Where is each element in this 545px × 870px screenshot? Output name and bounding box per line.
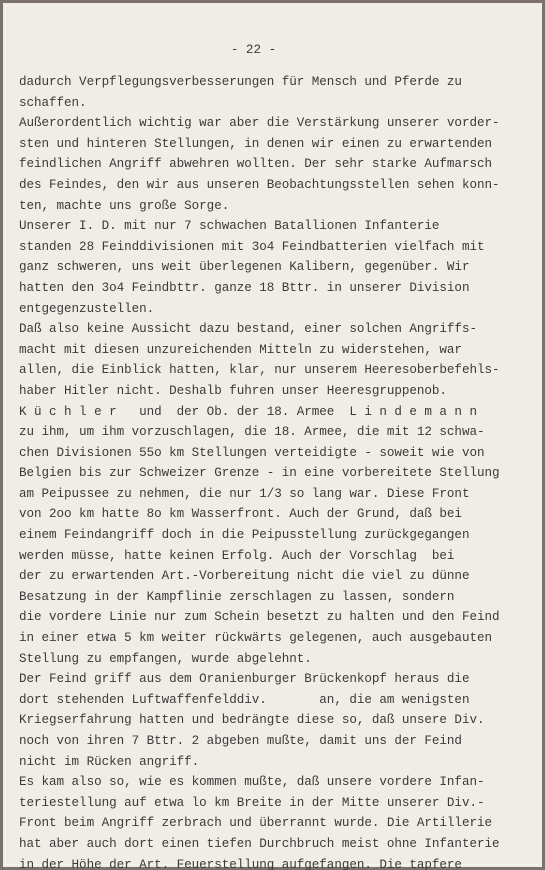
text-line: haber Hitler nicht. Deshalb fuhren unser… bbox=[19, 381, 539, 402]
text-line: feindlichen Angriff abwehren wollten. De… bbox=[19, 154, 539, 175]
text-line: des Feindes, den wir aus unseren Beobach… bbox=[19, 175, 539, 196]
text-line: dort stehenden Luftwaffenfelddiv. an, di… bbox=[19, 690, 539, 711]
text-line: sten und hinteren Stellungen, in denen w… bbox=[19, 134, 539, 155]
typewritten-body: dadurch Verpflegungsverbesserungen für M… bbox=[19, 72, 539, 870]
text-line: ganz schweren, uns weit überlegenen Kali… bbox=[19, 257, 539, 278]
text-line: Unserer I. D. mit nur 7 schwachen Batall… bbox=[19, 216, 539, 237]
text-line: Kriegserfahrung hatten und bedrängte die… bbox=[19, 710, 539, 731]
text-line: Der Feind griff aus dem Oranienburger Br… bbox=[19, 669, 539, 690]
text-line: allen, die Einblick hatten, klar, nur un… bbox=[19, 360, 539, 381]
text-line: werden müsse, hatte keinen Erfolg. Auch … bbox=[19, 546, 539, 567]
text-line: zu ihm, um ihm vorzuschlagen, die 18. Ar… bbox=[19, 422, 539, 443]
text-line: noch von ihren 7 Bttr. 2 abgeben mußte, … bbox=[19, 731, 539, 752]
text-line: entgegenzustellen. bbox=[19, 299, 539, 320]
text-line: schaffen. bbox=[19, 93, 539, 114]
text-line: K ü c h l e r und der Ob. der 18. Armee … bbox=[19, 402, 539, 423]
text-line: dadurch Verpflegungsverbesserungen für M… bbox=[19, 72, 539, 93]
text-line: ten, machte uns große Sorge. bbox=[19, 196, 539, 217]
document-page: - 22 - dadurch Verpflegungsverbesserunge… bbox=[3, 3, 542, 867]
text-line: in der Höhe der Art. Feuerstellung aufge… bbox=[19, 855, 539, 870]
text-line: macht mit diesen unzureichenden Mitteln … bbox=[19, 340, 539, 361]
text-line: einem Feindangriff doch in die Peipusste… bbox=[19, 525, 539, 546]
text-line: Es kam also so, wie es kommen mußte, daß… bbox=[19, 772, 539, 793]
text-line: standen 28 Feinddivisionen mit 3o4 Feind… bbox=[19, 237, 539, 258]
text-line: am Peipussee zu nehmen, die nur 1/3 so l… bbox=[19, 484, 539, 505]
text-line: von 2oo km hatte 8o km Wasserfront. Auch… bbox=[19, 504, 539, 525]
text-line: Front beim Angriff zerbrach und überrann… bbox=[19, 813, 539, 834]
text-line: Außerordentlich wichtig war aber die Ver… bbox=[19, 113, 539, 134]
text-line: Stellung zu empfangen, wurde abgelehnt. bbox=[19, 649, 539, 670]
page-number: - 22 - bbox=[3, 43, 542, 57]
text-line: der zu erwartenden Art.-Vorbereitung nic… bbox=[19, 566, 539, 587]
text-line: die vordere Linie nur zum Schein besetzt… bbox=[19, 607, 539, 628]
text-line: Daß also keine Aussicht dazu bestand, ei… bbox=[19, 319, 539, 340]
text-line: teriestellung auf etwa lo km Breite in d… bbox=[19, 793, 539, 814]
text-line: in einer etwa 5 km weiter rückwärts gele… bbox=[19, 628, 539, 649]
text-line: hat aber auch dort einen tiefen Durchbru… bbox=[19, 834, 539, 855]
text-line: hatten den 3o4 Feindbttr. ganze 18 Bttr.… bbox=[19, 278, 539, 299]
text-line: chen Divisionen 55o km Stellungen vertei… bbox=[19, 443, 539, 464]
text-line: Belgien bis zur Schweizer Grenze - in ei… bbox=[19, 463, 539, 484]
text-line: Besatzung in der Kampflinie zerschlagen … bbox=[19, 587, 539, 608]
text-line: nicht im Rücken angriff. bbox=[19, 752, 539, 773]
